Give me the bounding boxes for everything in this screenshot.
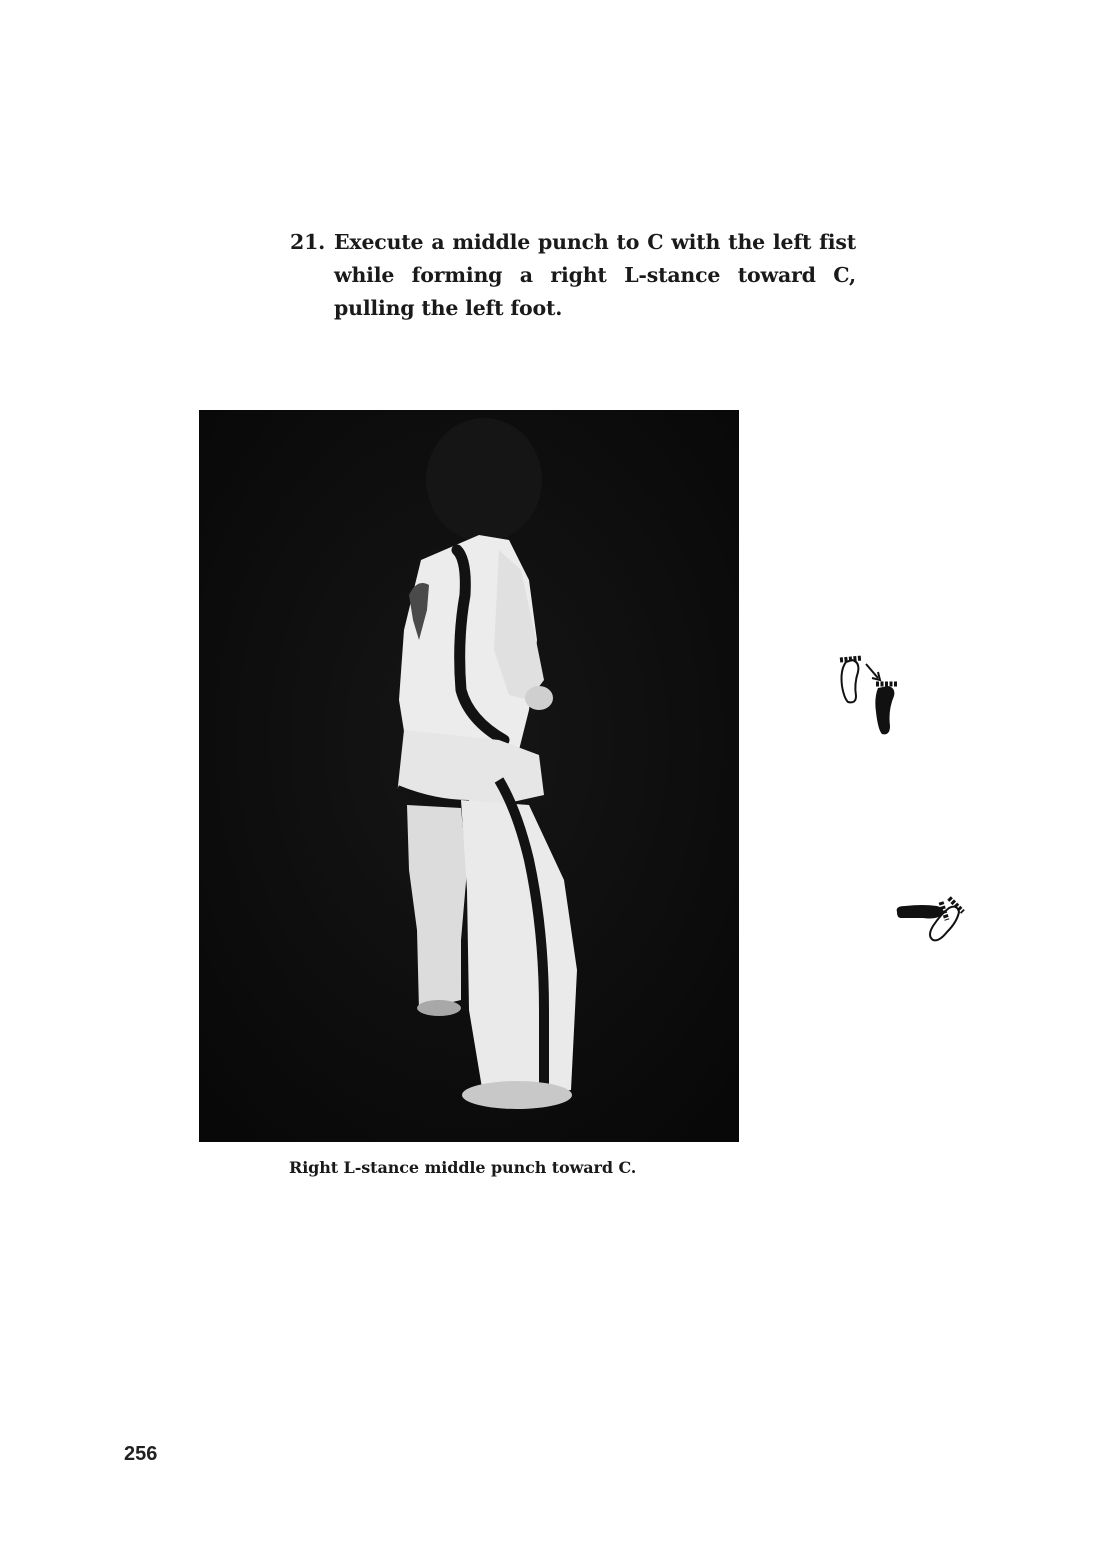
step-number: 21. [290, 226, 325, 259]
filled-foot-icon [875, 684, 898, 734]
arrow-icon [866, 664, 880, 680]
foot-movement-diagram-top [834, 654, 906, 738]
stance-photograph [199, 410, 739, 1142]
page-number: 256 [124, 1443, 157, 1466]
outlined-foot-icon [840, 658, 862, 702]
step-text: Execute a middle punch to C with the lef… [334, 226, 856, 325]
foot-position-diagram-bottom [893, 892, 965, 946]
instruction-step: 21. Execute a middle punch to C with the… [290, 226, 856, 325]
photo-caption: Right L-stance middle punch toward C. [289, 1158, 636, 1177]
martial-artist-figure [199, 410, 739, 1142]
